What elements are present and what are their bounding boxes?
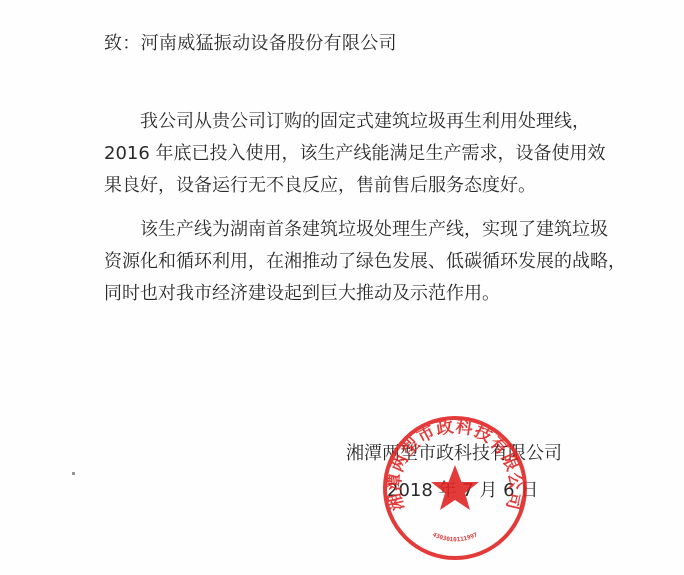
paragraph-line: 该生产线为湖南首条建筑垃圾处理生产线，实现了建筑垃圾 bbox=[104, 214, 604, 246]
scan-speck bbox=[72, 472, 75, 475]
company-seal-stamp: 湘潭两型市政科技有限公司 4303010111997 bbox=[380, 413, 530, 563]
letter-paragraph-2: 该生产线为湖南首条建筑垃圾处理生产线，实现了建筑垃圾 资源化和循环利用，在湘推动… bbox=[104, 214, 604, 310]
svg-text:4303010111997: 4303010111997 bbox=[431, 531, 479, 543]
letter-page: 致：河南威猛振动设备股份有限公司 我公司从贵公司订购的固定式建筑垃圾再生利用处理… bbox=[0, 0, 684, 575]
paragraph-line: 2016 年底已投入使用，该生产线能满足生产需求，设备使用效 bbox=[104, 138, 604, 170]
letter-paragraph-1: 我公司从贵公司订购的固定式建筑垃圾再生利用处理线， 2016 年底已投入使用，该… bbox=[104, 106, 604, 202]
letter-recipient: 致：河南威猛振动设备股份有限公司 bbox=[104, 29, 397, 55]
paragraph-line: 果良好，设备运行无不良反应，售前售后服务态度好。 bbox=[104, 170, 604, 202]
paragraph-line: 资源化和循环利用，在湘推动了绿色发展、低碳循环发展的战略， bbox=[104, 246, 604, 278]
paragraph-line: 我公司从贵公司订购的固定式建筑垃圾再生利用处理线， bbox=[104, 106, 604, 138]
paragraph-line: 同时也对我市经济建设起到巨大推动及示范作用。 bbox=[104, 278, 604, 310]
seal-serial: 4303010111997 bbox=[431, 531, 479, 543]
star-icon bbox=[431, 465, 479, 510]
